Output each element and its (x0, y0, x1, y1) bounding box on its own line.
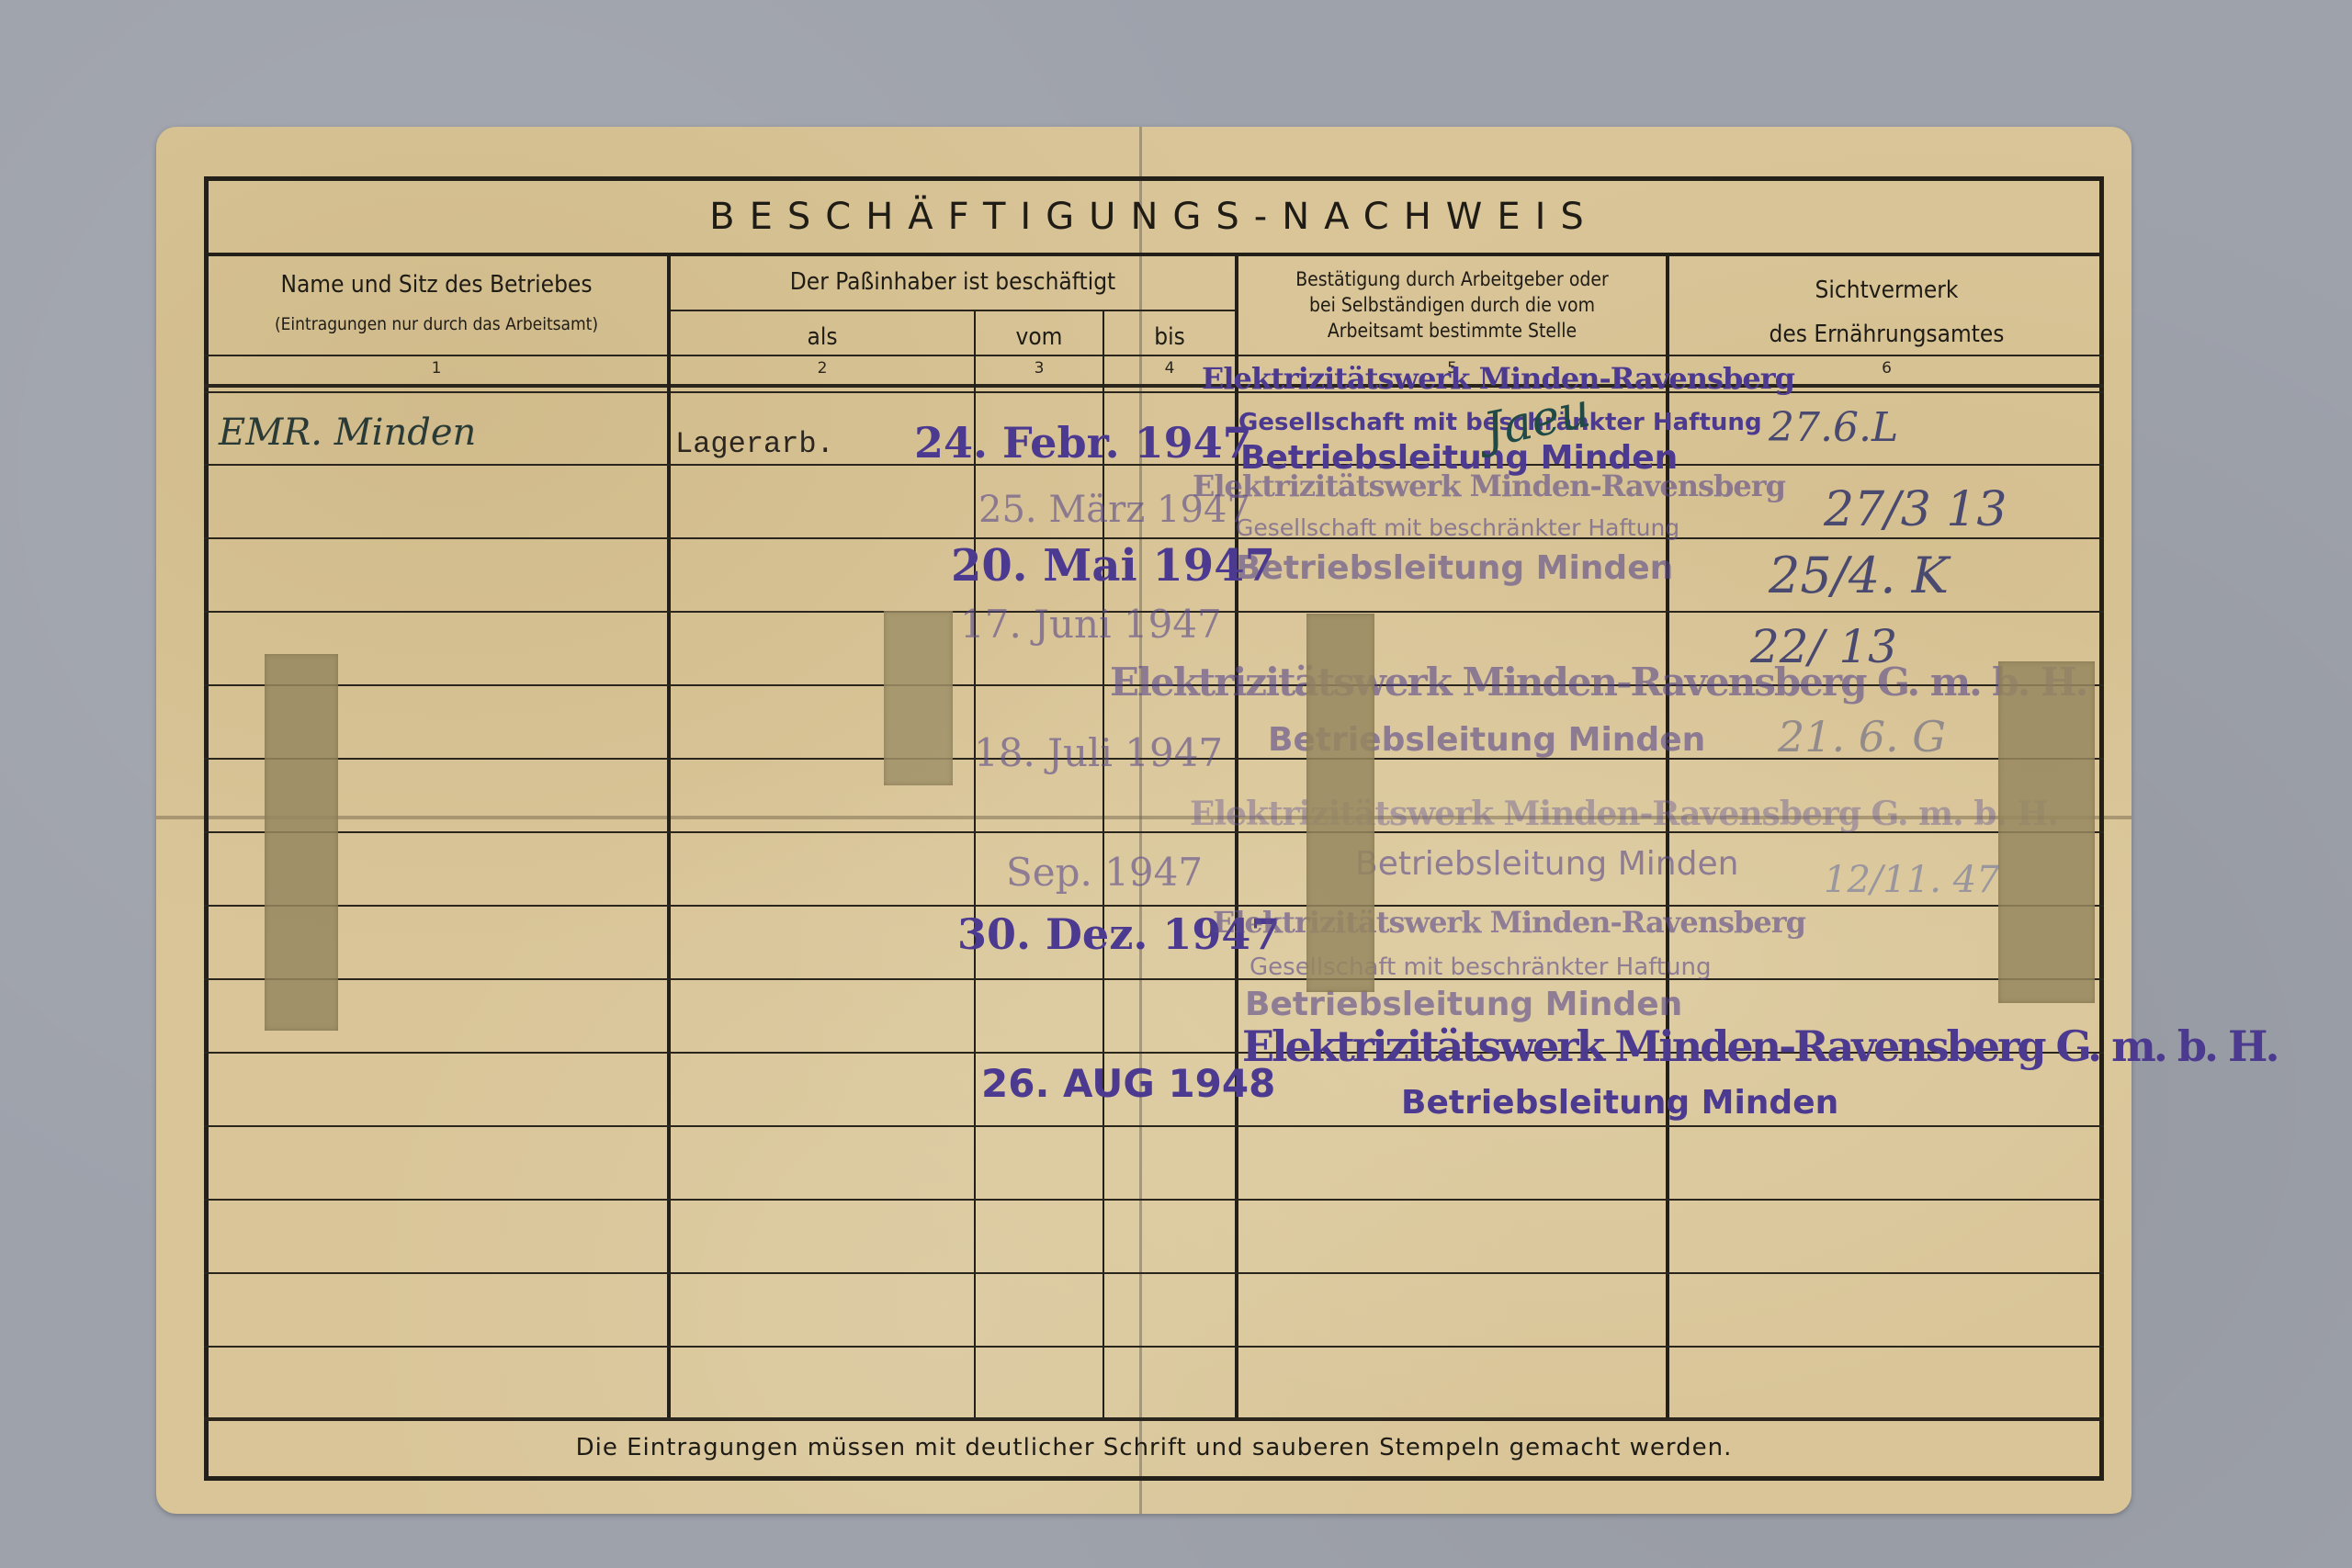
stamp-company-name: Elektrizitätswerk Minden-Ravensberg (1202, 361, 1794, 396)
stamp-company-name: Elektrizitätswerk Minden-Ravensberg (1213, 905, 1805, 940)
header-bottom-rule-2 (204, 391, 2104, 393)
title-row: BESCHÄFTIGUNGS-NACHWEIS (204, 181, 2104, 256)
date-stamp-6: Sep. 1947 (1006, 850, 1203, 895)
col6-heading-line2: des Ernährungsamtes (1669, 312, 2104, 356)
date-stamp-3: 20. Mai 1947 (951, 540, 1275, 592)
ration-note-3: 25/4. K (1769, 547, 1949, 604)
col-group-heading: Der Paßinhaber ist beschäftigt (671, 268, 1235, 296)
occupation-typed: Lagerarb. (675, 427, 834, 461)
col6-heading: Sichtvermerk des Ernährungsamtes (1669, 268, 2104, 356)
date-stamp-4: 17. Juni 1947 (960, 602, 1222, 647)
col1-number: 1 (204, 359, 669, 378)
footer-instruction: Die Eintragungen müssen mit deutlicher S… (204, 1419, 2104, 1476)
employer-handwritten: EMR. Minden (219, 412, 476, 454)
col4-heading: bis (1104, 323, 1235, 351)
date-stamp-1: 24. Febr. 1947 (914, 418, 1252, 468)
stamp-company-name-gmbh: Elektrizitätswerk Minden-Ravensberg G. m… (1110, 660, 2086, 705)
stamp-division: Betriebsleitung Minden (1355, 845, 1738, 883)
document-title: BESCHÄFTIGUNGS-NACHWEIS (709, 196, 1599, 238)
stamp-company-name: Elektrizitätswerk Minden-Ravensberg (1193, 468, 1785, 503)
col5-heading-line3: Arbeitsamt bestimmte Stelle (1238, 318, 1666, 344)
date-stamp-8: 26. AUG 1948 (981, 1061, 1275, 1106)
ration-note-1: 27.6.L (1769, 404, 1898, 451)
col3-heading: vom (976, 323, 1102, 351)
col1-subheading: (Eintragungen nur durch das Arbeitsamt) (204, 314, 669, 334)
column-divider-2 (974, 311, 976, 1419)
tape-strip-center-left (884, 611, 953, 785)
date-stamp-5: 18. Juli 1947 (974, 730, 1223, 775)
column-divider-1 (667, 256, 671, 1419)
ration-note-6: 12/11. 47 (1824, 859, 2000, 901)
col6-heading-line1: Sichtvermerk (1669, 268, 2104, 312)
col2-heading: als (671, 323, 974, 351)
ration-note-5: 21. 6. G (1778, 712, 1946, 761)
tape-strip-center-right (1306, 614, 1374, 992)
col5-heading-line1: Bestätigung durch Arbeitgeber oder (1238, 266, 1666, 292)
ration-note-2: 27/3 13 (1824, 482, 2007, 537)
stamp-company-name-gmbh: Elektrizitätswerk Minden-Ravensberg G. m… (1242, 1021, 2278, 1071)
header-group-divider (669, 310, 1235, 311)
col5-heading: Bestätigung durch Arbeitgeber oder bei S… (1238, 266, 1666, 344)
header-divider (204, 355, 669, 356)
col5-heading-line2: bei Selbständigen durch die vom (1238, 292, 1666, 318)
stamp-division: Betriebsleitung Minden (1401, 1084, 1838, 1122)
tape-strip-right (1998, 661, 2095, 1003)
stamp-division: Betriebsleitung Minden (1236, 549, 1673, 587)
ration-note-4: 22/ 13 (1750, 620, 1897, 673)
tape-strip-left (265, 654, 338, 1031)
col2-number: 2 (671, 359, 974, 378)
col3-number: 3 (976, 359, 1102, 378)
stamp-legal-form: Gesellschaft mit beschränkter Haftung (1236, 514, 1679, 541)
header-bottom-rule (204, 384, 2104, 388)
col1-heading: Name und Sitz des Betriebes (204, 271, 669, 299)
